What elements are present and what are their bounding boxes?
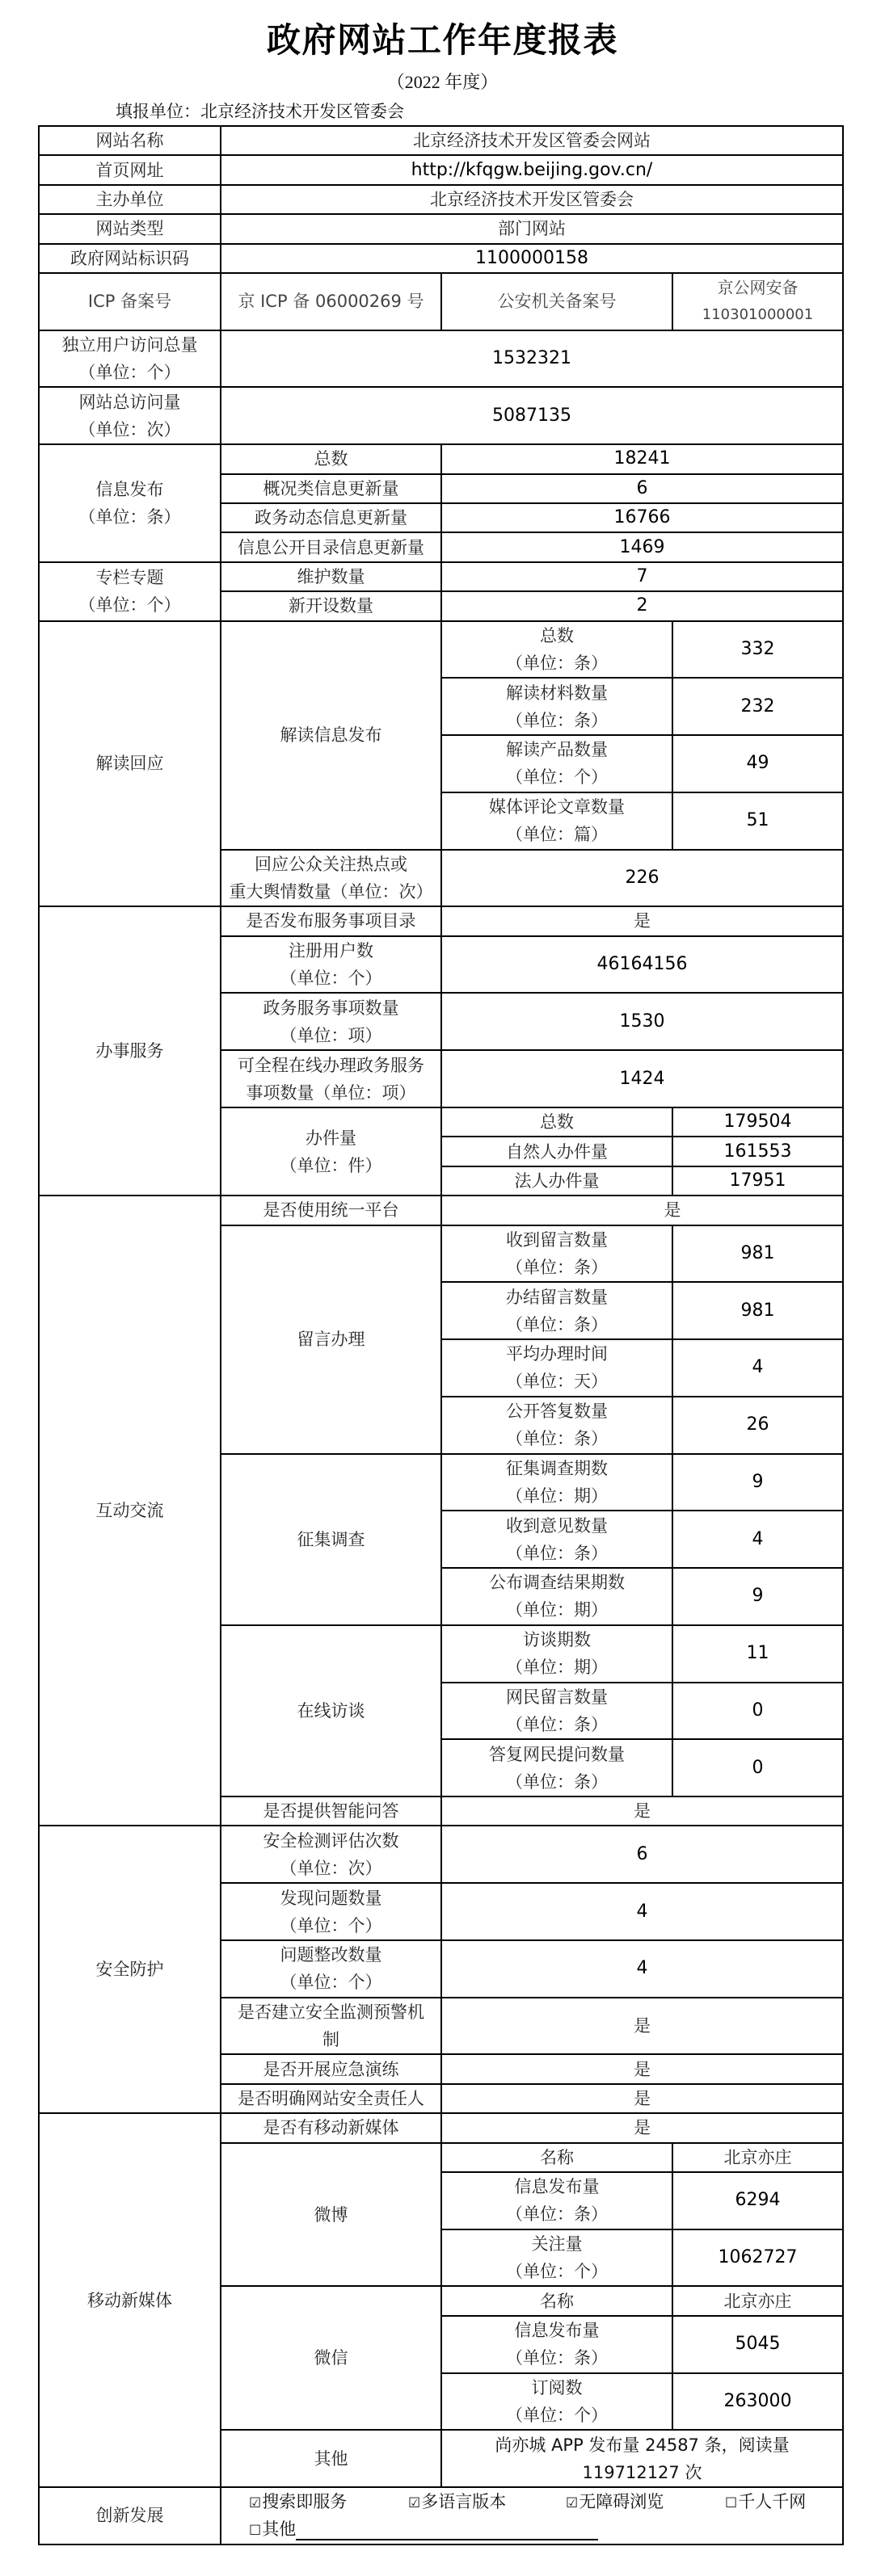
option-label: 千人千网 bbox=[738, 2492, 806, 2511]
interviews-row-value: 11 bbox=[672, 1625, 843, 1683]
innovation-label: 创新发展 bbox=[39, 2487, 221, 2544]
cases-row-label: 法人办件量 bbox=[441, 1166, 672, 1196]
special-columns-row-label: 维护数量 bbox=[221, 562, 441, 591]
interpretation-response-value: 226 bbox=[441, 850, 843, 907]
table-row: 专栏专题 （单位：个） 维护数量 7 bbox=[39, 562, 843, 591]
security-row-value: 是 bbox=[441, 2084, 843, 2113]
cases-row-label: 总数 bbox=[441, 1107, 672, 1137]
surveys-row-label: 收到意见数量 （单位：条） bbox=[441, 1511, 672, 1568]
table-row: 网站名称 北京经济技术开发区管委会网站 bbox=[39, 126, 843, 155]
icp-label: ICP 备案号 bbox=[39, 273, 221, 330]
service-items-value: 1530 bbox=[441, 993, 843, 1050]
security-row-value: 6 bbox=[441, 1826, 843, 1883]
security-row-label: 是否开展应急演练 bbox=[221, 2054, 441, 2083]
interpretation-row-label: 解读材料数量 （单位：条） bbox=[441, 678, 672, 735]
interpretation-row-value: 49 bbox=[672, 735, 843, 792]
table-row: 独立用户访问总量 （单位：个） 1532321 bbox=[39, 330, 843, 388]
interpretation-row-label: 总数 （单位：条） bbox=[441, 621, 672, 679]
wechat-row-value: 5045 bbox=[672, 2316, 843, 2373]
report-year: （2022 年度） bbox=[0, 70, 885, 95]
option-search-as-service: ☑搜索即服务 bbox=[249, 2488, 408, 2517]
messages-row-value: 4 bbox=[672, 1339, 843, 1397]
interviews-row-label: 访谈期数 （单位：期） bbox=[441, 1625, 672, 1683]
registered-users-label: 注册用户数 （单位：个） bbox=[221, 936, 441, 994]
service-items-label: 政务服务事项数量 （单位：项） bbox=[221, 993, 441, 1050]
table-row: 主办单位 北京经济技术开发区管委会 bbox=[39, 185, 843, 214]
info-publish-row-label: 政务动态信息更新量 bbox=[221, 503, 441, 532]
security-row-label: 是否明确网站安全责任人 bbox=[221, 2084, 441, 2113]
table-row: 解读回应 解读信息发布 总数 （单位：条） 332 bbox=[39, 621, 843, 679]
checkbox-checked-icon: ☑ bbox=[566, 2495, 578, 2511]
security-row-label: 是否建立安全监测预警机 制 bbox=[221, 1998, 441, 2055]
interviews-row-value: 0 bbox=[672, 1739, 843, 1796]
online-items-value: 1424 bbox=[441, 1050, 843, 1107]
interpretation-row-label: 解读产品数量 （单位：个） bbox=[441, 735, 672, 792]
option-label: 搜索即服务 bbox=[262, 2492, 347, 2511]
services-catalog-value: 是 bbox=[441, 906, 843, 935]
weibo-group-label: 微博 bbox=[221, 2143, 441, 2287]
has-mobile-label: 是否有移动新媒体 bbox=[221, 2113, 441, 2142]
security-row-value: 4 bbox=[441, 1883, 843, 1940]
unified-platform-label: 是否使用统一平台 bbox=[221, 1196, 441, 1225]
table-row: 互动交流 是否使用统一平台 是 bbox=[39, 1196, 843, 1225]
police-record-label: 公安机关备案号 bbox=[441, 273, 672, 330]
info-publish-row-value: 18241 bbox=[441, 444, 843, 473]
interpretation-row-label: 媒体评论文章数量 （单位：篇） bbox=[441, 792, 672, 850]
security-row-label: 问题整改数量 （单位：个） bbox=[221, 1940, 441, 1998]
report-table: 网站名称 北京经济技术开发区管委会网站 首页网址 http://kfqgw.be… bbox=[38, 125, 844, 2545]
has-mobile-value: 是 bbox=[441, 2113, 843, 2142]
surveys-row-value: 9 bbox=[672, 1568, 843, 1625]
option-label: 多语言版本 bbox=[421, 2492, 506, 2511]
wechat-row-value: 北京亦庄 bbox=[672, 2286, 843, 2315]
unique-visitors-value: 1532321 bbox=[221, 330, 843, 388]
interviews-group-label: 在线访谈 bbox=[221, 1625, 441, 1796]
messages-group-label: 留言办理 bbox=[221, 1225, 441, 1454]
wechat-group-label: 微信 bbox=[221, 2286, 441, 2430]
interpretation-response-label: 回应公众关注热点或 重大舆情数量（单位：次） bbox=[221, 850, 441, 907]
innovation-options-line: ☐其他 bbox=[249, 2515, 841, 2543]
messages-row-value: 26 bbox=[672, 1397, 843, 1454]
site-name-label: 网站名称 bbox=[39, 126, 221, 155]
table-row: 安全防护 安全检测评估次数 （单位：次） 6 bbox=[39, 1826, 843, 1883]
info-publish-row-label: 概况类信息更新量 bbox=[221, 474, 441, 503]
cases-group-label: 办件量 （单位：件） bbox=[221, 1107, 441, 1196]
messages-row-value: 981 bbox=[672, 1282, 843, 1339]
table-row: 首页网址 http://kfqgw.beijing.gov.cn/ bbox=[39, 155, 843, 184]
special-columns-row-value: 7 bbox=[441, 562, 843, 591]
option-other: ☐其他 bbox=[249, 2515, 598, 2544]
unified-platform-value: 是 bbox=[441, 1196, 843, 1225]
messages-row-label: 收到留言数量 （单位：条） bbox=[441, 1225, 672, 1283]
cases-row-label: 自然人办件量 bbox=[441, 1137, 672, 1166]
site-name-value: 北京经济技术开发区管委会网站 bbox=[221, 126, 843, 155]
surveys-group-label: 征集调查 bbox=[221, 1454, 441, 1625]
interviews-row-value: 0 bbox=[672, 1683, 843, 1740]
messages-row-value: 981 bbox=[672, 1225, 843, 1283]
table-row: 网站类型 部门网站 bbox=[39, 214, 843, 243]
info-publish-row-value: 1469 bbox=[441, 532, 843, 561]
interviews-row-label: 答复网民提问数量 （单位：条） bbox=[441, 1739, 672, 1796]
wechat-row-label: 信息发布量 （单位：条） bbox=[441, 2316, 672, 2373]
icp-value: 京 ICP 备 06000269 号 bbox=[221, 273, 441, 330]
info-publish-row-label: 总数 bbox=[221, 444, 441, 473]
surveys-row-value: 4 bbox=[672, 1511, 843, 1568]
interaction-group-label: 互动交流 bbox=[39, 1196, 221, 1826]
table-row: 政府网站标识码 1100000158 bbox=[39, 244, 843, 273]
security-row-value: 是 bbox=[441, 1998, 843, 2055]
homepage-url-label: 首页网址 bbox=[39, 155, 221, 184]
table-row: 网站总访问量 （单位：次） 5087135 bbox=[39, 387, 843, 444]
sponsor-value: 北京经济技术开发区管委会 bbox=[221, 185, 843, 214]
messages-row-label: 公开答复数量 （单位：条） bbox=[441, 1397, 672, 1454]
security-row-label: 安全检测评估次数 （单位：次） bbox=[221, 1826, 441, 1883]
weibo-row-value: 北京亦庄 bbox=[672, 2143, 843, 2172]
weibo-row-label: 关注量 （单位：个） bbox=[441, 2229, 672, 2287]
info-publish-row-label: 信息公开目录信息更新量 bbox=[221, 532, 441, 561]
police-record-prefix: 京公网安备 bbox=[675, 274, 841, 301]
other-blank-underline bbox=[296, 2538, 598, 2540]
table-row: 移动新媒体 是否有移动新媒体 是 bbox=[39, 2113, 843, 2142]
weibo-row-label: 信息发布量 （单位：条） bbox=[441, 2172, 672, 2229]
other-media-label: 其他 bbox=[221, 2430, 441, 2487]
total-visits-value: 5087135 bbox=[221, 387, 843, 444]
surveys-row-label: 征集调查期数 （单位：期） bbox=[441, 1454, 672, 1511]
site-type-label: 网站类型 bbox=[39, 214, 221, 243]
innovation-options-line: ☑搜索即服务☑多语言版本☑无障碍浏览☐千人千网 bbox=[249, 2488, 841, 2515]
cases-row-value: 17951 bbox=[672, 1166, 843, 1196]
innovation-options: ☑搜索即服务☑多语言版本☑无障碍浏览☐千人千网☐其他 bbox=[221, 2487, 843, 2544]
checkbox-checked-icon: ☑ bbox=[408, 2495, 420, 2511]
interviews-row-label: 网民留言数量 （单位：条） bbox=[441, 1683, 672, 1740]
services-group-label: 办事服务 bbox=[39, 906, 221, 1196]
weibo-row-value: 6294 bbox=[672, 2172, 843, 2229]
info-publish-row-value: 6 bbox=[441, 474, 843, 503]
option-label: 其他 bbox=[262, 2519, 296, 2539]
special-columns-group-label: 专栏专题 （单位：个） bbox=[39, 562, 221, 621]
other-media-value: 尚亦城 APP 发布量 24587 条，阅读量 119712127 次 bbox=[441, 2430, 843, 2487]
weibo-row-value: 1062727 bbox=[672, 2229, 843, 2287]
checkbox-checked-icon: ☑ bbox=[249, 2495, 261, 2511]
option-label: 无障碍浏览 bbox=[579, 2492, 664, 2511]
interpretation-row-value: 332 bbox=[672, 621, 843, 679]
police-record-number: 110301000001 bbox=[675, 301, 841, 329]
online-items-label: 可全程在线办理政务服务 事项数量（单位：项） bbox=[221, 1050, 441, 1107]
cases-row-value: 179504 bbox=[672, 1107, 843, 1137]
mobile-media-group-label: 移动新媒体 bbox=[39, 2113, 221, 2487]
weibo-row-label: 名称 bbox=[441, 2143, 672, 2172]
site-code-value: 1100000158 bbox=[221, 244, 843, 273]
messages-row-label: 平均办理时间 （单位：天） bbox=[441, 1339, 672, 1397]
wechat-row-value: 263000 bbox=[672, 2373, 843, 2431]
registered-users-value: 46164156 bbox=[441, 936, 843, 994]
security-row-label: 发现问题数量 （单位：个） bbox=[221, 1883, 441, 1940]
site-code-label: 政府网站标识码 bbox=[39, 244, 221, 273]
total-visits-label: 网站总访问量 （单位：次） bbox=[39, 387, 221, 444]
filing-unit: 填报单位：北京经济技术开发区管委会 bbox=[116, 100, 404, 123]
cases-row-value: 161553 bbox=[672, 1137, 843, 1166]
table-row: 信息发布 （单位：条） 总数 18241 bbox=[39, 444, 843, 473]
services-catalog-label: 是否发布服务事项目录 bbox=[221, 906, 441, 935]
smart-qa-value: 是 bbox=[441, 1796, 843, 1826]
unique-visitors-label: 独立用户访问总量 （单位：个） bbox=[39, 330, 221, 388]
security-group-label: 安全防护 bbox=[39, 1826, 221, 2113]
special-columns-row-value: 2 bbox=[441, 591, 843, 620]
table-row: ICP 备案号 京 ICP 备 06000269 号 公安机关备案号 京公网安备… bbox=[39, 273, 843, 330]
smart-qa-label: 是否提供智能问答 bbox=[221, 1796, 441, 1826]
surveys-row-label: 公布调查结果期数 （单位：期） bbox=[441, 1568, 672, 1625]
police-record-value: 京公网安备110301000001 bbox=[672, 273, 843, 330]
security-row-value: 4 bbox=[441, 1940, 843, 1998]
security-row-value: 是 bbox=[441, 2054, 843, 2083]
wechat-row-label: 订阅数 （单位：个） bbox=[441, 2373, 672, 2431]
report-title: 政府网站工作年度报表 bbox=[0, 22, 885, 61]
interpretation-group-label: 解读回应 bbox=[39, 621, 221, 907]
checkbox-unchecked-icon: ☐ bbox=[249, 2523, 261, 2539]
wechat-row-label: 名称 bbox=[441, 2286, 672, 2315]
interpretation-publish-label: 解读信息发布 bbox=[221, 621, 441, 850]
option-accessibility: ☑无障碍浏览 bbox=[566, 2488, 725, 2517]
table-row: 创新发展 ☑搜索即服务☑多语言版本☑无障碍浏览☐千人千网☐其他 bbox=[39, 2487, 843, 2544]
option-personalized: ☐千人千网 bbox=[725, 2488, 806, 2517]
info-publish-group-label: 信息发布 （单位：条） bbox=[39, 444, 221, 562]
interpretation-row-value: 232 bbox=[672, 678, 843, 735]
sponsor-label: 主办单位 bbox=[39, 185, 221, 214]
special-columns-row-label: 新开设数量 bbox=[221, 591, 441, 620]
messages-row-label: 办结留言数量 （单位：条） bbox=[441, 1282, 672, 1339]
table-row: 办事服务 是否发布服务事项目录 是 bbox=[39, 906, 843, 935]
checkbox-unchecked-icon: ☐ bbox=[725, 2495, 737, 2511]
homepage-url-value: http://kfqgw.beijing.gov.cn/ bbox=[221, 155, 843, 184]
option-multilingual: ☑多语言版本 bbox=[408, 2488, 566, 2517]
surveys-row-value: 9 bbox=[672, 1454, 843, 1511]
site-type-value: 部门网站 bbox=[221, 214, 843, 243]
info-publish-row-value: 16766 bbox=[441, 503, 843, 532]
interpretation-row-value: 51 bbox=[672, 792, 843, 850]
